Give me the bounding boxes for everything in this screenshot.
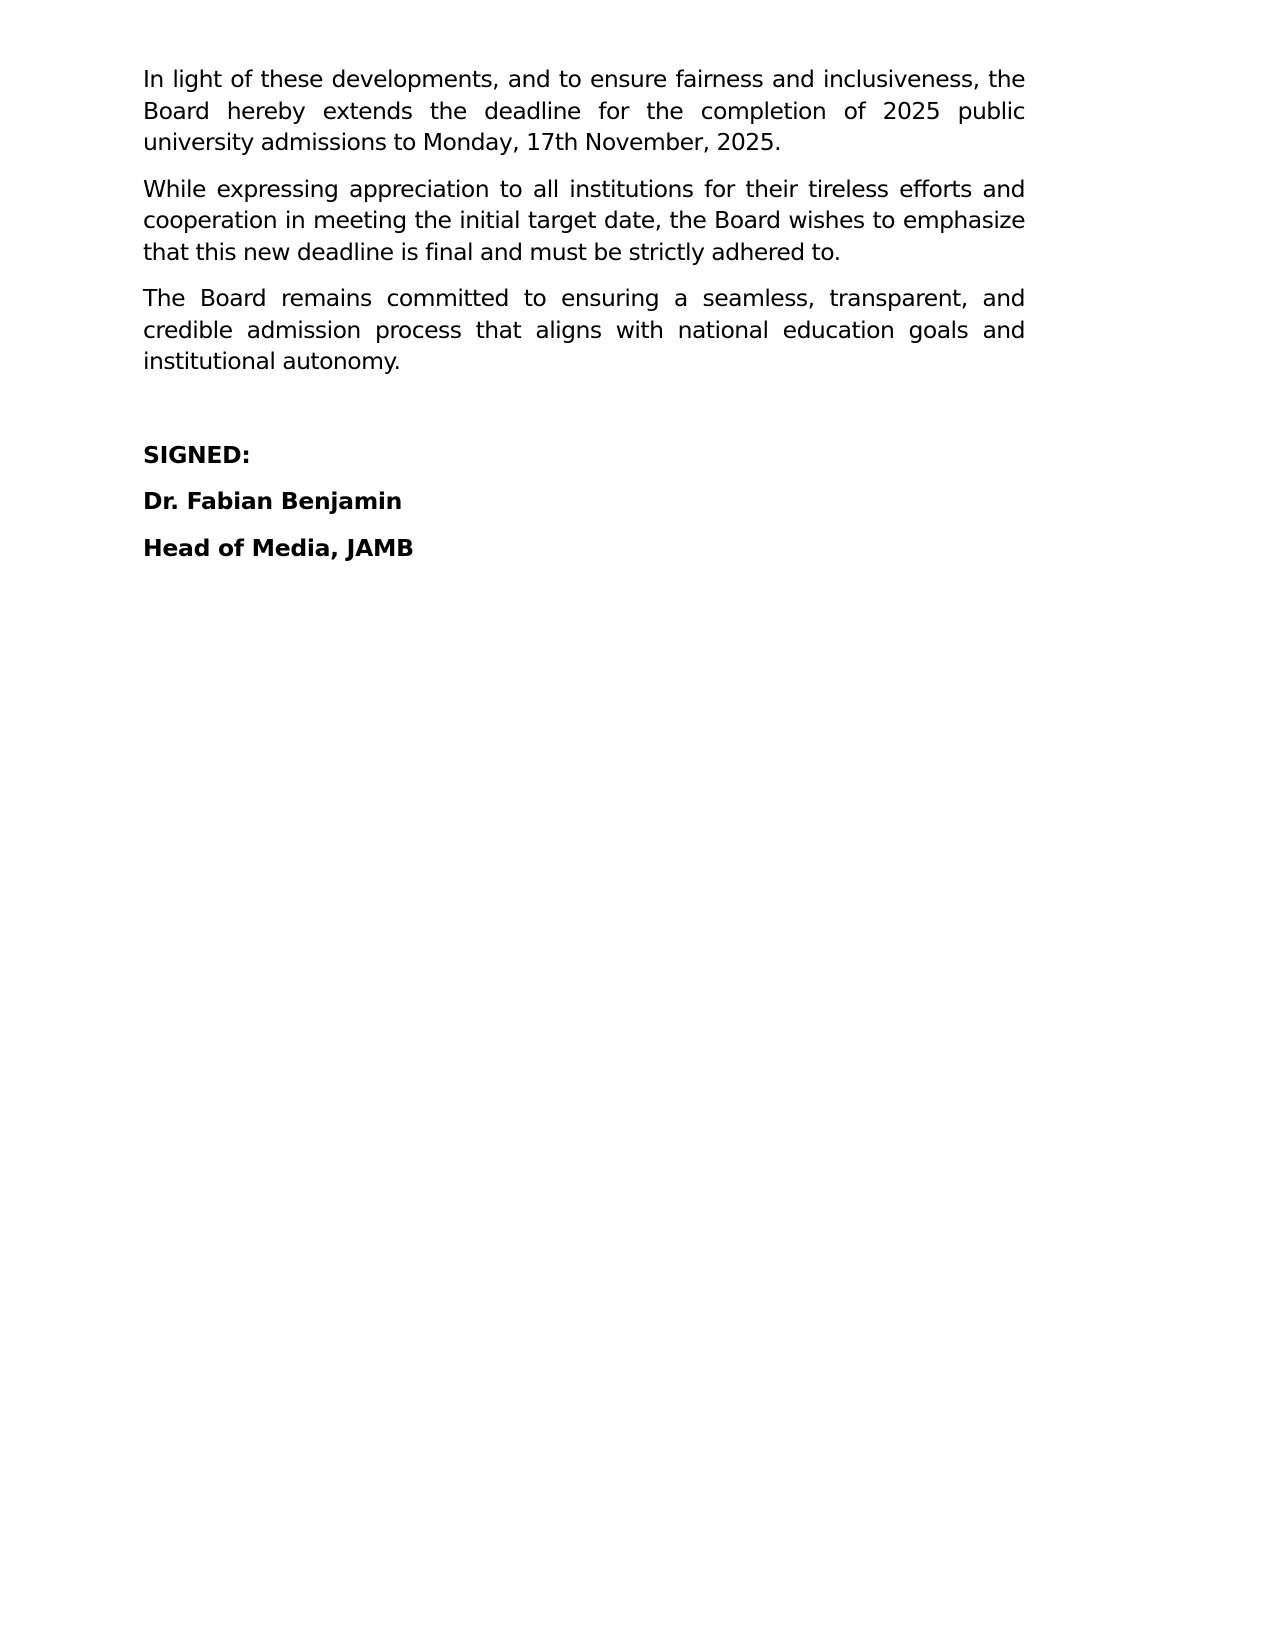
paragraph-appreciation: While expressing appreciation to all ins… [143, 174, 1025, 269]
signatory-title: Head of Media, JAMB [143, 533, 1025, 565]
signature-block: SIGNED: Dr. Fabian Benjamin Head of Medi… [143, 440, 1025, 565]
document-page: In light of these developments, and to e… [143, 64, 1025, 579]
signatory-name: Dr. Fabian Benjamin [143, 486, 1025, 518]
paragraph-deadline-extension: In light of these developments, and to e… [143, 64, 1025, 159]
paragraph-commitment: The Board remains committed to ensuring … [143, 283, 1025, 378]
signed-label: SIGNED: [143, 440, 1025, 472]
